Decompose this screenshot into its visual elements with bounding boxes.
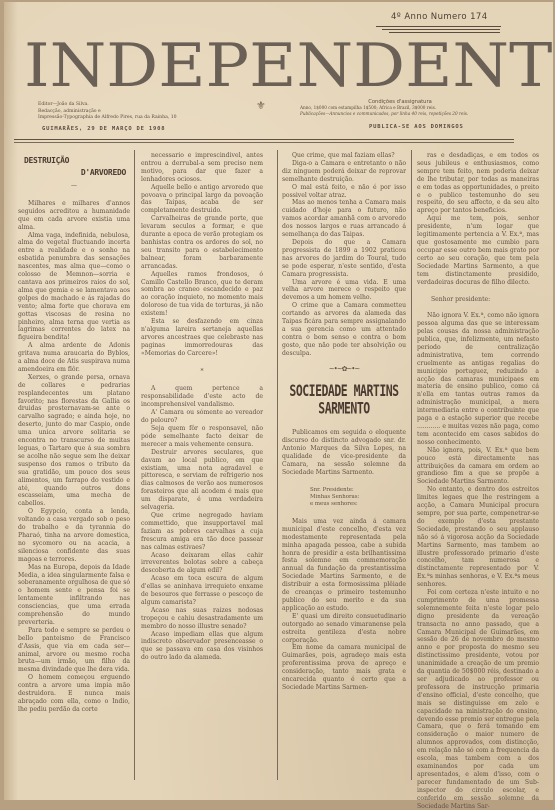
issue-date: GUIMARÃES, 29 DE MARÇO DE 1908 (42, 126, 165, 132)
column-4: ras e desdadiças, e em todos os seus jub… (417, 152, 539, 800)
paragraph: Xerxes, o grande persa, ornava de collar… (18, 374, 130, 508)
column-3: Que crime, que mal faziam ellas? Diga-o … (282, 152, 406, 692)
edition-number: 4º Anno Numero 174 (391, 12, 488, 22)
paragraph: Aquelles ramos frondosos, ó Camillo Cast… (141, 271, 263, 318)
emblem-icon: ⚜ (256, 99, 266, 112)
paragraph: A' Camara ou sómente ao vereador do pelo… (141, 409, 263, 425)
impressao-line: Impressão-Typographia de Alfredo Pires, … (38, 115, 177, 122)
paragraph: Uma arvore é uma vida. E uma velha arvor… (282, 279, 406, 303)
paragraph: Para todo e sempre se perdeu o bello pan… (18, 627, 130, 674)
edition-rule (382, 29, 500, 30)
paragraph: O Egypcio, conta a lenda, voltando a cas… (18, 508, 130, 563)
edition-rule (376, 26, 501, 27)
column-divider (277, 150, 278, 780)
paragraph: Depois do que a Camara progressista de 1… (282, 239, 406, 279)
paragraph: A quem pertence a responsabilidade d'est… (141, 385, 263, 409)
masthead-title: INDEPENDENTE (24, 36, 532, 96)
paragraph: Acaso impediam ellas que algum indiscret… (141, 631, 263, 663)
paragraph: Acaso deixaram ellas cahir irreverentes … (141, 552, 263, 576)
salutation-line: Snr. Presidente: (282, 487, 406, 494)
paragraph: Aqui me tem, pois, senhor presidente, n'… (417, 215, 539, 286)
header-rule (14, 139, 514, 140)
newspaper-page: 4º Anno Numero 174 INDEPENDENTE Editor—J… (4, 2, 553, 800)
title-dash: — (18, 182, 130, 190)
paragraph: Acaso em toca escura de algum d'ellas se… (141, 575, 263, 607)
conditions-publicacoes: Publicações—Annuncios e communicados, po… (300, 111, 500, 117)
column-divider (411, 150, 412, 780)
paragraph: Em nome da camara municipal de Guimarães… (282, 644, 406, 691)
paragraph: Não ignora, pois, V. Ex.ª que bem pouco … (417, 447, 539, 487)
paragraph: Foi com certeza n'este intuito e no cump… (417, 589, 539, 800)
salutation-line: e meus senhores: (282, 501, 406, 508)
header-rule-thin (14, 142, 514, 143)
paragraph: Mas na Europa, depois da Idade Media, a … (18, 564, 130, 627)
paragraph: Carvalheiras de grande porte, que levara… (141, 215, 263, 270)
salutation: Snr. Presidente: Minhas Senhoras: e meus… (282, 487, 406, 508)
paragraph: Diga-o a Camara e entretanto o não diz n… (282, 160, 406, 184)
subheading: Senhor presidente: (431, 296, 539, 304)
paragraph: Mais uma vez ainda á camara municipal d'… (282, 518, 406, 613)
paragraph: O crime que a Camara commetteu cortando … (282, 302, 406, 357)
section-star: * (141, 368, 263, 376)
paragraph: E' quasi um direito consuetudinario outo… (282, 613, 406, 645)
paragraph: Mas ao menos tenha a Camara mais cuidado… (282, 199, 406, 239)
paragraph: Esta se desfazendo em cinza n'alguma lar… (141, 318, 263, 358)
paragraph: necessario e imprescindivel, antes entro… (141, 152, 263, 184)
paragraph: No entanto, e dentro dos estreitos limit… (417, 486, 539, 589)
paragraph: Milhares e milhares d'annos seguidos acr… (18, 200, 130, 232)
publisher-info: Editor—João da Silva. Redacção, administ… (38, 102, 177, 122)
paragraph: O mal está feito, e não é por isso possi… (282, 184, 406, 200)
column-divider (134, 150, 135, 780)
paragraph: Alma vaga, indefinida, nebulosa, alma do… (18, 232, 130, 343)
paragraph: Acaso nas suas raizes nodosas tropeçou e… (141, 607, 263, 631)
paragraph: A alma ardente de Adonis gritava numa ar… (18, 342, 130, 374)
paragraph: Que crime, que mal faziam ellas? (282, 152, 406, 160)
paragraph: Destruir arvores seculares, que davam ao… (141, 449, 263, 512)
paragraph: Que crime negregado haviam commettido, q… (141, 512, 263, 552)
column-2: necessario e imprescindivel, antes entro… (141, 152, 263, 662)
paragraph: Seja quem fôr o responsavel, não póde se… (141, 425, 263, 449)
salutation-line: Minhas Senhoras: (282, 494, 406, 501)
publication-schedule: PUBLICA-SE AOS DOMINGOS (369, 124, 464, 130)
paragraph: ras e desdadiças, e em todos os seus jub… (417, 152, 539, 215)
section-title: SOCIEDADE MARTINS SARMENTO (282, 383, 406, 418)
article-title-line1: DESTRUIÇÃO (24, 156, 130, 166)
paragraph: O homem começou erguendo contra a arvore… (18, 674, 130, 714)
ornament-divider: ~•~✿~•~ (282, 366, 406, 374)
column-1: DESTRUIÇÃO D'ARVOREDO — Milhares e milha… (18, 152, 130, 714)
paragraph: Não ignora V. Ex.ª, como não ignora pess… (417, 312, 539, 446)
paragraph: Publicamos em seguida o eloquente discur… (282, 429, 406, 476)
section-title-line2: SARMENTO (282, 400, 406, 418)
article-title-line2: D'ARVOREDO (18, 168, 126, 178)
paragraph: Aquelle bello e antigo arvoredo que povo… (141, 184, 263, 216)
subscription-info: Condições d'assignatura Anno, 1$000 com … (300, 99, 500, 118)
